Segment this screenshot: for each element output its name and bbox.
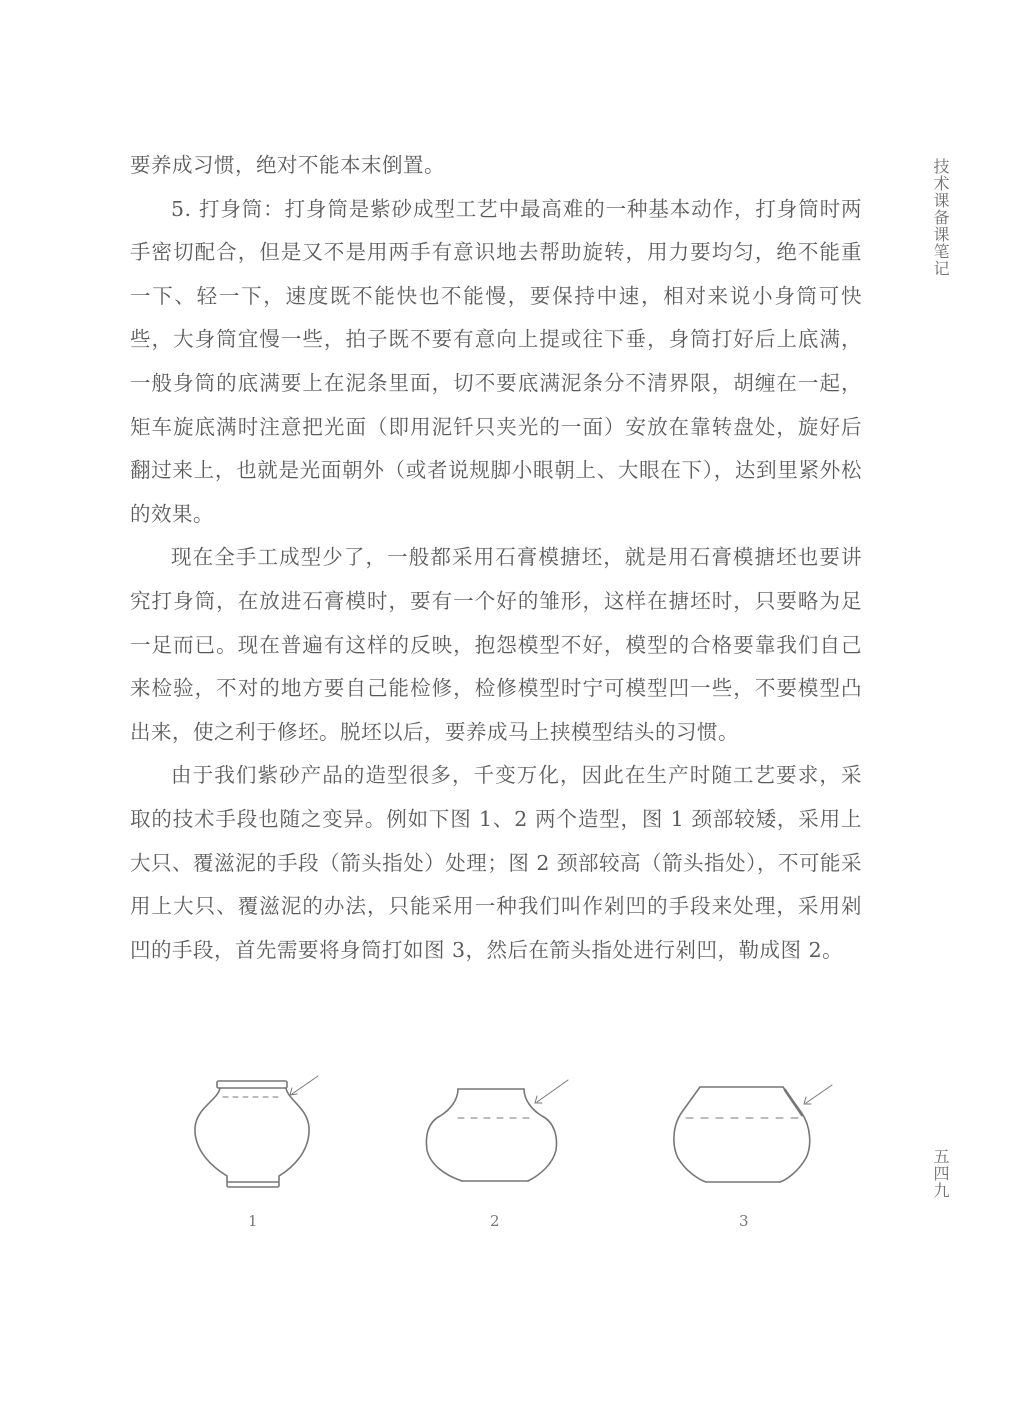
pot-1-illustration [180, 1060, 340, 1200]
pot-2-illustration [410, 1060, 590, 1200]
paragraph-4: 由于我们紫砂产品的造型很多，千变万化，因此在生产时随工艺要求，采取的技术手段也随… [130, 754, 862, 972]
body-text: 要养成习惯，绝对不能本末倒置。 5. 打身筒：打身筒是紫砂成型工艺中最高难的一种… [130, 144, 862, 972]
figure-3-label: 3 [739, 1212, 749, 1230]
pot-3-illustration [660, 1060, 840, 1200]
figure-3 [660, 1060, 840, 1200]
figure-1-label: 1 [248, 1212, 258, 1230]
figure-2-label: 2 [490, 1212, 500, 1230]
figures: 1 2 [0, 1060, 1016, 1260]
figure-1 [180, 1060, 340, 1200]
figure-2 [410, 1060, 590, 1200]
paragraph-1: 要养成习惯，绝对不能本末倒置。 [130, 144, 862, 188]
running-header-title: 技术课备课笔记 [929, 158, 951, 277]
paragraph-2: 5. 打身筒：打身筒是紫砂成型工艺中最高难的一种基本动作，打身筒时两手密切配合，… [130, 188, 862, 537]
paragraph-3: 现在全手工成型少了，一般都采用石膏模搪坯，就是用石膏模搪坯也要讲究打身筒，在放进… [130, 536, 862, 754]
